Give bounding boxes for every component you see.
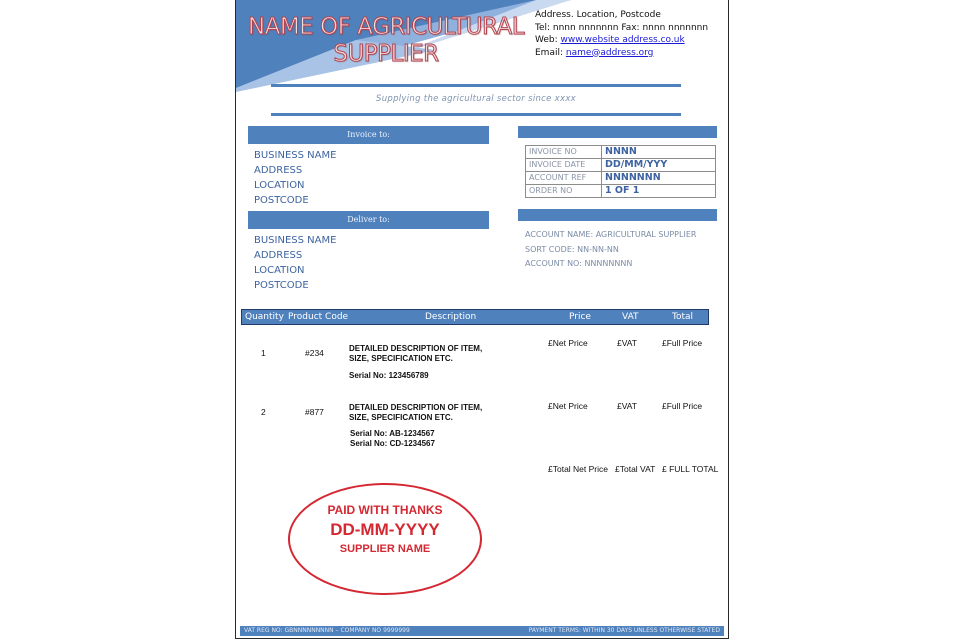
total-full: £ FULL TOTAL bbox=[662, 464, 718, 474]
total-net: £Total Net Price bbox=[548, 464, 608, 474]
stamp-date: DD-MM-YYYY bbox=[290, 520, 480, 540]
row-total: £Full Price bbox=[662, 338, 702, 348]
stamp-paid-text: PAID WITH THANKS bbox=[290, 503, 480, 517]
divider-bottom bbox=[271, 113, 681, 116]
paid-stamp: PAID WITH THANKS DD-MM-YYYY SUPPLIER NAM… bbox=[288, 483, 482, 595]
meta-row-account-ref: ACCOUNT REFNNNNNNN bbox=[526, 172, 716, 185]
row-quantity: 2 bbox=[261, 407, 266, 417]
footer-payment-terms: PAYMENT TERMS: WITHIN 30 DAYS UNLESS OTH… bbox=[529, 626, 720, 636]
deliver-to-address: BUSINESS NAME ADDRESS LOCATION POSTCODE bbox=[254, 233, 336, 293]
stamp-supplier: SUPPLIER NAME bbox=[290, 543, 480, 555]
row-description: DETAILED DESCRIPTION OF ITEM, SIZE, SPEC… bbox=[349, 403, 482, 423]
company-address: Address. Location, Postcode bbox=[535, 9, 708, 22]
deliver-to-heading: Deliver to: bbox=[248, 211, 489, 229]
email-link[interactable]: name@address.org bbox=[566, 48, 654, 58]
row-total: £Full Price bbox=[662, 401, 702, 411]
row-quantity: 1 bbox=[261, 348, 266, 358]
company-phone: Tel: nnnn nnnnnnn Fax: nnnn nnnnnnn bbox=[535, 22, 708, 35]
invoice-details-table: INVOICE NONNNN INVOICE DATEDD/MM/YYY ACC… bbox=[525, 145, 716, 198]
footer-vat-company: VAT REG NO: GBNNNNNNNNN – COMPANY NO 999… bbox=[244, 626, 410, 636]
row-serials: Serial No: 123456789 bbox=[349, 371, 429, 381]
website-link[interactable]: www.website address.co.uk bbox=[561, 35, 685, 45]
row-vat: £VAT bbox=[617, 401, 637, 411]
tagline: Supplying the agricultural sector since … bbox=[271, 94, 681, 104]
row-price: £Net Price bbox=[548, 401, 588, 411]
col-price: Price bbox=[569, 310, 591, 324]
company-name: NAME OF AGRICULTURAL SUPPLIER bbox=[236, 14, 536, 68]
meta-row-invoice-no: INVOICE NONNNN bbox=[526, 146, 716, 159]
col-total: Total bbox=[672, 310, 693, 324]
meta-row-order-no: ORDER NO1 OF 1 bbox=[526, 185, 716, 198]
invoice-details-bar bbox=[518, 126, 717, 138]
total-vat: £Total VAT bbox=[615, 464, 655, 474]
row-serials: Serial No: AB-1234567 Serial No: CD-1234… bbox=[350, 429, 435, 449]
invoice-to-heading: Invoice to: bbox=[248, 126, 489, 144]
row-description: DETAILED DESCRIPTION OF ITEM, SIZE, SPEC… bbox=[349, 344, 482, 364]
col-quantity: Quantity bbox=[245, 310, 284, 324]
divider-top bbox=[271, 84, 681, 87]
items-table-header: Quantity Product Code Description Price … bbox=[241, 309, 709, 325]
company-contact: Address. Location, Postcode Tel: nnnn nn… bbox=[535, 9, 708, 59]
footer-bar: VAT REG NO: GBNNNNNNNNN – COMPANY NO 999… bbox=[240, 626, 724, 636]
meta-row-invoice-date: INVOICE DATEDD/MM/YYY bbox=[526, 159, 716, 172]
row-vat: £VAT bbox=[617, 338, 637, 348]
col-product-code: Product Code bbox=[288, 310, 348, 324]
col-vat: VAT bbox=[622, 310, 639, 324]
col-description: Description bbox=[425, 310, 476, 324]
row-product-code: #877 bbox=[305, 407, 324, 417]
invoice-to-address: BUSINESS NAME ADDRESS LOCATION POSTCODE bbox=[254, 148, 336, 208]
bank-details: ACCOUNT NAME: AGRICULTURAL SUPPLIER SORT… bbox=[525, 228, 696, 272]
row-price: £Net Price bbox=[548, 338, 588, 348]
bank-details-bar bbox=[518, 209, 717, 221]
row-product-code: #234 bbox=[305, 348, 324, 358]
invoice-page: NAME OF AGRICULTURAL SUPPLIER Address. L… bbox=[235, 0, 729, 639]
